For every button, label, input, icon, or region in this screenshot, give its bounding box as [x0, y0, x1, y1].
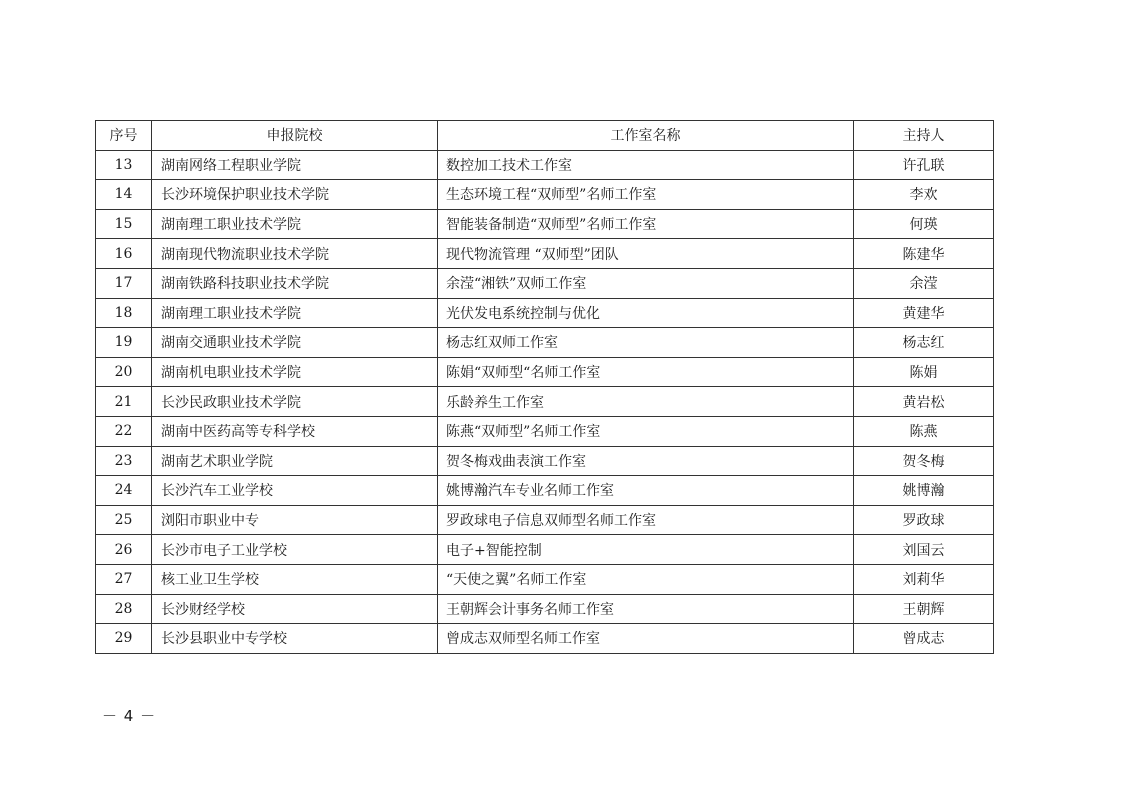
- host-cell: 陈燕: [854, 416, 994, 446]
- table-header-row: 序号 申报院校 工作室名称 主持人: [96, 121, 994, 151]
- serial-number-cell: 29: [96, 624, 152, 654]
- serial-number-cell: 28: [96, 594, 152, 624]
- studio-name-cell: 陈燕“双师型”名师工作室: [438, 416, 854, 446]
- host-cell: 陈建华: [854, 239, 994, 269]
- host-cell: 贺冬梅: [854, 446, 994, 476]
- serial-number-cell: 20: [96, 357, 152, 387]
- header-school: 申报院校: [152, 121, 438, 151]
- table-row: 14 长沙环境保护职业技术学院 生态环境工程“双师型”名师工作室 李欢: [96, 180, 994, 210]
- school-cell: 湖南理工职业技术学院: [152, 209, 438, 239]
- studio-name-cell: 乐龄养生工作室: [438, 387, 854, 417]
- host-cell: 黄岩松: [854, 387, 994, 417]
- host-cell: 李欢: [854, 180, 994, 210]
- studio-name-cell: 姚博瀚汽车专业名师工作室: [438, 476, 854, 506]
- school-cell: 长沙汽车工业学校: [152, 476, 438, 506]
- studio-name-cell: 贺冬梅戏曲表演工作室: [438, 446, 854, 476]
- studio-name-cell: 数控加工技术工作室: [438, 150, 854, 180]
- serial-number-cell: 15: [96, 209, 152, 239]
- host-cell: 何瑛: [854, 209, 994, 239]
- table-row: 25 浏阳市职业中专 罗政球电子信息双师型名师工作室 罗政球: [96, 505, 994, 535]
- studio-name-cell: 余滢“湘铁”双师工作室: [438, 268, 854, 298]
- school-cell: 长沙民政职业技术学院: [152, 387, 438, 417]
- table-row: 28 长沙财经学校 王朝辉会计事务名师工作室 王朝辉: [96, 594, 994, 624]
- table-row: 23 湖南艺术职业学院 贺冬梅戏曲表演工作室 贺冬梅: [96, 446, 994, 476]
- school-cell: 湖南中医药高等专科学校: [152, 416, 438, 446]
- school-cell: 湖南铁路科技职业技术学院: [152, 268, 438, 298]
- studio-name-cell: 电子+智能控制: [438, 535, 854, 565]
- serial-number-cell: 23: [96, 446, 152, 476]
- school-cell: 湖南交通职业技术学院: [152, 328, 438, 358]
- school-cell: 长沙县职业中专学校: [152, 624, 438, 654]
- school-cell: 湖南现代物流职业技术学院: [152, 239, 438, 269]
- page-number: － 4 －: [102, 705, 156, 726]
- table-row: 27 核工业卫生学校 “天使之翼”名师工作室 刘莉华: [96, 564, 994, 594]
- host-cell: 余滢: [854, 268, 994, 298]
- serial-number-cell: 22: [96, 416, 152, 446]
- table-row: 16 湖南现代物流职业技术学院 现代物流管理 “双师型”团队 陈建华: [96, 239, 994, 269]
- studio-name-cell: “天使之翼”名师工作室: [438, 564, 854, 594]
- serial-number-cell: 25: [96, 505, 152, 535]
- header-serial-number: 序号: [96, 121, 152, 151]
- host-cell: 曾成志: [854, 624, 994, 654]
- school-cell: 湖南网络工程职业学院: [152, 150, 438, 180]
- school-cell: 湖南机电职业技术学院: [152, 357, 438, 387]
- studio-name-cell: 生态环境工程“双师型”名师工作室: [438, 180, 854, 210]
- table-row: 26 长沙市电子工业学校 电子+智能控制 刘国云: [96, 535, 994, 565]
- table-row: 29 长沙县职业中专学校 曾成志双师型名师工作室 曾成志: [96, 624, 994, 654]
- host-cell: 杨志红: [854, 328, 994, 358]
- table-row: 15 湖南理工职业技术学院 智能装备制造“双师型”名师工作室 何瑛: [96, 209, 994, 239]
- school-cell: 浏阳市职业中专: [152, 505, 438, 535]
- host-cell: 黄建华: [854, 298, 994, 328]
- table-row: 18 湖南理工职业技术学院 光伏发电系统控制与优化 黄建华: [96, 298, 994, 328]
- school-cell: 湖南理工职业技术学院: [152, 298, 438, 328]
- studio-name-cell: 罗政球电子信息双师型名师工作室: [438, 505, 854, 535]
- host-cell: 刘莉华: [854, 564, 994, 594]
- host-cell: 刘国云: [854, 535, 994, 565]
- studio-name-cell: 王朝辉会计事务名师工作室: [438, 594, 854, 624]
- serial-number-cell: 24: [96, 476, 152, 506]
- table-row: 20 湖南机电职业技术学院 陈娟“双师型“名师工作室 陈娟: [96, 357, 994, 387]
- serial-number-cell: 21: [96, 387, 152, 417]
- studio-name-cell: 现代物流管理 “双师型”团队: [438, 239, 854, 269]
- serial-number-cell: 26: [96, 535, 152, 565]
- studio-name-cell: 曾成志双师型名师工作室: [438, 624, 854, 654]
- studio-list-table: 序号 申报院校 工作室名称 主持人 13 湖南网络工程职业学院 数控加工技术工作…: [95, 120, 994, 654]
- studio-name-cell: 智能装备制造“双师型”名师工作室: [438, 209, 854, 239]
- school-cell: 长沙市电子工业学校: [152, 535, 438, 565]
- header-host: 主持人: [854, 121, 994, 151]
- table-row: 22 湖南中医药高等专科学校 陈燕“双师型”名师工作室 陈燕: [96, 416, 994, 446]
- school-cell: 长沙环境保护职业技术学院: [152, 180, 438, 210]
- host-cell: 陈娟: [854, 357, 994, 387]
- school-cell: 长沙财经学校: [152, 594, 438, 624]
- school-cell: 湖南艺术职业学院: [152, 446, 438, 476]
- studio-name-cell: 光伏发电系统控制与优化: [438, 298, 854, 328]
- host-cell: 许孔联: [854, 150, 994, 180]
- serial-number-cell: 19: [96, 328, 152, 358]
- table-row: 21 长沙民政职业技术学院 乐龄养生工作室 黄岩松: [96, 387, 994, 417]
- table-row: 24 长沙汽车工业学校 姚博瀚汽车专业名师工作室 姚博瀚: [96, 476, 994, 506]
- serial-number-cell: 14: [96, 180, 152, 210]
- studio-name-cell: 杨志红双师工作室: [438, 328, 854, 358]
- serial-number-cell: 16: [96, 239, 152, 269]
- serial-number-cell: 27: [96, 564, 152, 594]
- host-cell: 罗政球: [854, 505, 994, 535]
- serial-number-cell: 17: [96, 268, 152, 298]
- document-page: 序号 申报院校 工作室名称 主持人 13 湖南网络工程职业学院 数控加工技术工作…: [0, 0, 1122, 793]
- serial-number-cell: 18: [96, 298, 152, 328]
- table-row: 13 湖南网络工程职业学院 数控加工技术工作室 许孔联: [96, 150, 994, 180]
- table-row: 19 湖南交通职业技术学院 杨志红双师工作室 杨志红: [96, 328, 994, 358]
- serial-number-cell: 13: [96, 150, 152, 180]
- school-cell: 核工业卫生学校: [152, 564, 438, 594]
- studio-name-cell: 陈娟“双师型“名师工作室: [438, 357, 854, 387]
- header-studio-name: 工作室名称: [438, 121, 854, 151]
- host-cell: 姚博瀚: [854, 476, 994, 506]
- table-row: 17 湖南铁路科技职业技术学院 余滢“湘铁”双师工作室 余滢: [96, 268, 994, 298]
- host-cell: 王朝辉: [854, 594, 994, 624]
